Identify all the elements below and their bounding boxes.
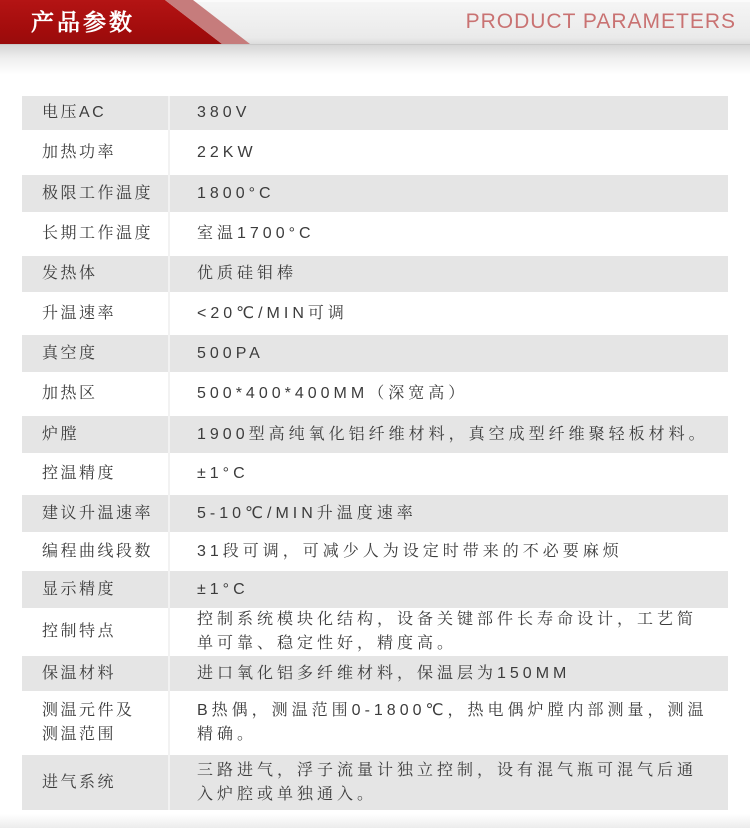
- row-value: 1800°C: [170, 175, 728, 212]
- table-row: 测温元件及 测温范围 B热偶，测温范围0-1800℃，热电偶炉膛内部测量，测温精…: [22, 691, 728, 755]
- product-parameters-page: 产品参数 PRODUCT PARAMETERS 电压AC 380V 加热功率 2…: [0, 0, 750, 828]
- table-row: 控制特点 控制系统模块化结构，设备关键部件长寿命设计，工艺简单可靠、稳定性好，精…: [22, 608, 728, 656]
- row-label: 长期工作温度: [22, 212, 170, 256]
- row-label: 加热功率: [22, 130, 170, 175]
- page-bottom-fade: [0, 814, 750, 828]
- header-drop-shadow: [0, 45, 750, 75]
- row-label: 加热区: [22, 372, 170, 416]
- row-label: 建议升温速率: [22, 495, 170, 532]
- row-label: 控制特点: [22, 608, 170, 656]
- table-row: 编程曲线段数 31段可调，可减少人为设定时带来的不必要麻烦: [22, 532, 728, 571]
- row-value: 室温1700°C: [170, 212, 728, 256]
- row-value: 进口氧化铝多纤维材料，保温层为150MM: [170, 656, 728, 691]
- row-value: 1900型高纯氧化铝纤维材料，真空成型纤维聚轻板材料。: [170, 416, 728, 453]
- row-value: 优质硅钼棒: [170, 256, 728, 292]
- row-label: 发热体: [22, 256, 170, 292]
- table-row: 建议升温速率 5-10℃/MIN升温度速率: [22, 495, 728, 532]
- row-label: 进气系统: [22, 755, 170, 810]
- row-label: 电压AC: [22, 96, 170, 130]
- table-row: 显示精度 ±1°C: [22, 571, 728, 608]
- row-value: 22KW: [170, 130, 728, 175]
- row-label: 炉膛: [22, 416, 170, 453]
- table-row: 真空度 500PA: [22, 335, 728, 372]
- row-value: ±1°C: [170, 571, 728, 608]
- row-value: <20℃/MIN可调: [170, 292, 728, 335]
- row-label: 极限工作温度: [22, 175, 170, 212]
- row-label: 控温精度: [22, 453, 170, 495]
- table-row: 长期工作温度 室温1700°C: [22, 212, 728, 256]
- row-label: 真空度: [22, 335, 170, 372]
- table-row: 极限工作温度 1800°C: [22, 175, 728, 212]
- section-title-en: PRODUCT PARAMETERS: [466, 0, 736, 44]
- table-row: 炉膛 1900型高纯氧化铝纤维材料，真空成型纤维聚轻板材料。: [22, 416, 728, 453]
- table-row: 保温材料 进口氧化铝多纤维材料，保温层为150MM: [22, 656, 728, 691]
- table-row: 电压AC 380V: [22, 96, 728, 130]
- table-row: 加热功率 22KW: [22, 130, 728, 175]
- table-row: 加热区 500*400*400MM（深宽高）: [22, 372, 728, 416]
- row-label: 测温元件及 测温范围: [22, 691, 170, 755]
- parameters-table: 电压AC 380V 加热功率 22KW 极限工作温度 1800°C 长期工作温度…: [22, 96, 728, 810]
- row-label: 显示精度: [22, 571, 170, 608]
- row-value: 500*400*400MM（深宽高）: [170, 372, 728, 416]
- row-value: ±1°C: [170, 453, 728, 495]
- table-row: 升温速率 <20℃/MIN可调: [22, 292, 728, 335]
- section-title-cn: 产品参数: [31, 0, 135, 44]
- table-row: 发热体 优质硅钼棒: [22, 256, 728, 292]
- row-value: 5-10℃/MIN升温度速率: [170, 495, 728, 532]
- section-header: 产品参数 PRODUCT PARAMETERS: [0, 0, 750, 45]
- row-label: 升温速率: [22, 292, 170, 335]
- row-label: 保温材料: [22, 656, 170, 691]
- row-value: 31段可调，可减少人为设定时带来的不必要麻烦: [170, 532, 728, 571]
- row-label: 编程曲线段数: [22, 532, 170, 571]
- table-row: 进气系统 三路进气，浮子流量计独立控制，设有混气瓶可混气后通入炉腔或单独通入。: [22, 755, 728, 810]
- row-value: 控制系统模块化结构，设备关键部件长寿命设计，工艺简单可靠、稳定性好，精度高。: [170, 608, 728, 656]
- row-value: B热偶，测温范围0-1800℃，热电偶炉膛内部测量，测温精确。: [170, 691, 728, 755]
- row-value: 380V: [170, 96, 728, 130]
- row-value: 三路进气，浮子流量计独立控制，设有混气瓶可混气后通入炉腔或单独通入。: [170, 755, 728, 810]
- row-value: 500PA: [170, 335, 728, 372]
- table-row: 控温精度 ±1°C: [22, 453, 728, 495]
